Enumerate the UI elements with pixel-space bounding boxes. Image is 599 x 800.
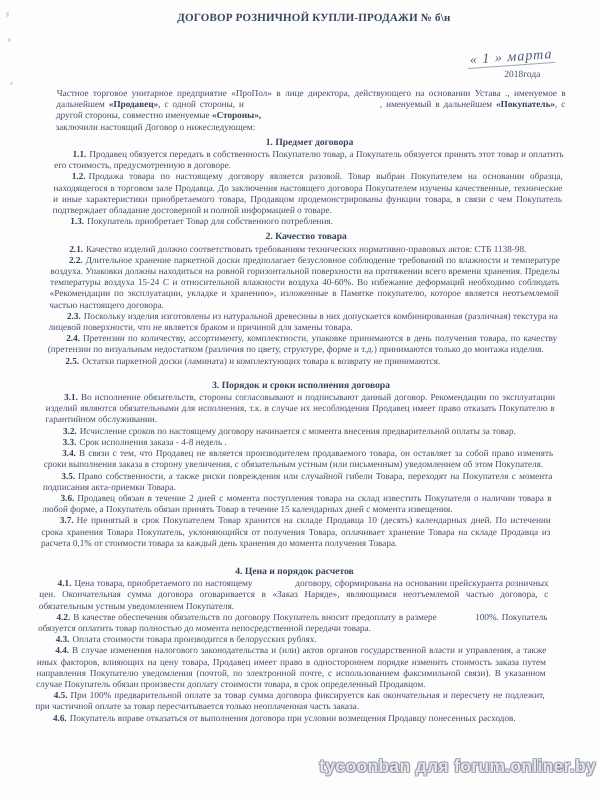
clause-text: Покупатель приобретает Товар для собстве…: [87, 216, 333, 226]
clause-number: 4.3.: [56, 634, 70, 644]
buyer-term: «Покупатель»: [496, 99, 555, 109]
clause-2-5: 2.5.Остатки паркетной доски (ламината) и…: [47, 356, 556, 367]
clause-1-3: 1.3.Покупатель приобретает Товар для соб…: [52, 216, 561, 227]
clause-number: 3.1.: [64, 392, 78, 402]
clause-4-2: 4.2.В качестве обеспечения обязательств …: [38, 612, 548, 634]
parties-term: «Стороны»,: [212, 110, 262, 120]
clause-3-4: 3.4.В связи с тем, что Продавец не являе…: [44, 448, 554, 470]
clause-4-4: 4.4.В случае изменения налогового законо…: [36, 645, 547, 690]
seller-term: «Продавец»: [109, 99, 159, 109]
clause-number: 3.4.: [62, 448, 76, 458]
clause-3-6: 3.6.Продавец обязан в течение 2 дней с м…: [42, 493, 552, 515]
clause-1-1: 1.1.Продавец обязуется передать в собств…: [54, 149, 564, 171]
clause-number: 1.3.: [70, 216, 84, 226]
clause-text: Во исполнение обязательств, стороны согл…: [45, 392, 555, 424]
clause-2-4: 2.4.Претензии по количеству, ассортимент…: [48, 333, 558, 355]
clause-text: Право собственности, а также риски повре…: [43, 471, 553, 492]
clause-number: 3.2.: [63, 426, 77, 436]
clause-number: 4.4.: [55, 645, 69, 655]
clause-number: 2.5.: [65, 356, 79, 366]
clause-3-2: 3.2.Исчисление сроков по настоящему дого…: [45, 426, 554, 437]
document-body: ДОГОВОР РОЗНИЧНОЙ КУПЛИ-ПРОДАЖИ № б\н « …: [0, 0, 599, 800]
section-heading-3: 3. Порядок и сроки исполнения договора: [46, 380, 555, 391]
clause-text: Продажа товара по настоящему договору яв…: [52, 171, 563, 215]
clause-3-7: 3.7.Не принятый в срок Покупателем Товар…: [41, 515, 551, 549]
clause-3-5: 3.5.Право собственности, а также риски п…: [43, 471, 553, 493]
clause-4-5: 4.5.При 100% предварительной оплате за т…: [35, 690, 545, 712]
preamble-text: , с одной стороны, и: [158, 99, 248, 109]
date-block: « 1 » марта 2018года: [57, 50, 567, 82]
section-heading-4: 4. Цена и порядок расчетов: [40, 566, 549, 577]
preamble-closing: заключили настоящий Договор о нижеследую…: [55, 122, 564, 133]
clause-number: 4.6.: [53, 713, 67, 723]
clause-number: 3.7.: [60, 515, 74, 525]
clause-3-1: 3.1.Во исполнение обязательств, стороны …: [45, 392, 555, 426]
clause-text: В связи с тем, что Продавец не является …: [44, 448, 554, 469]
preamble: Частное торговое унитарное предприятие «…: [56, 88, 566, 122]
clause-text: Исчисление сроков по настоящему договору…: [80, 426, 516, 436]
clause-number: 3.6.: [60, 493, 74, 503]
clause-2-3: 2.3.Поскольку изделия изготовлены из нат…: [48, 311, 558, 333]
clause-text: Качество изделий должно соответствовать …: [86, 244, 527, 254]
clause-number: 4.1.: [57, 578, 71, 588]
clause-4-3: 4.3.Оплата стоимости товара производится…: [37, 634, 546, 645]
clause-number: 2.4.: [66, 333, 80, 343]
clause-2-1: 2.1.Качество изделий должно соответствов…: [51, 244, 560, 255]
date-year: 2018года: [504, 70, 555, 80]
clause-text: Покупатель вправе отказаться от выполнен…: [70, 713, 516, 723]
section-heading-1: 1. Предмет договора: [55, 137, 564, 148]
clause-text: В случае изменения налогового законодате…: [36, 645, 547, 689]
clause-text: Не принятый в срок Покупателем Товар хра…: [41, 515, 551, 547]
clause-number: 2.3.: [67, 311, 81, 321]
clause-text: При 100% предварительной оплате за товар…: [35, 690, 545, 711]
clause-2-2: 2.2.Длительное хранение паркетной доски …: [49, 255, 560, 311]
clause-number: 1.1.: [72, 149, 86, 159]
clause-1-2: 1.2.Продажа товара по настоящему договор…: [52, 171, 563, 216]
document-title: ДОГОВОР РОЗНИЧНОЙ КУПЛИ-ПРОДАЖИ № б\н: [59, 12, 568, 24]
clause-4-6: 4.6.Покупатель вправе отказаться от выпо…: [35, 713, 544, 724]
handwritten-date: « 1 » марта: [468, 48, 555, 69]
clause-text: Продавец обязан в течение 2 дней с момен…: [42, 493, 552, 514]
clause-number: 2.1.: [69, 244, 83, 254]
preamble-text: , именуемый в дальнейшем: [376, 99, 497, 109]
clause-text: Срок исполнения заказа - 4-8 недель .: [79, 437, 227, 447]
clause-4-1: 4.1.Цена товара, приобретаемого по насто…: [39, 578, 549, 612]
clause-text: Остатки паркетной доски (ламината) и ком…: [82, 356, 440, 366]
clause-text: Поскольку изделия изготовлены из натурал…: [48, 311, 558, 332]
clause-3-3: 3.3.Срок исполнения заказа - 4-8 недель …: [44, 437, 553, 448]
clause-text: Длительное хранение паркетной доски пред…: [49, 255, 560, 310]
clause-number: 1.2.: [72, 171, 86, 181]
clause-text: Цена товара, приобретаемого по настоящем…: [39, 578, 549, 610]
scanned-contract-page: ДОГОВОР РОЗНИЧНОЙ КУПЛИ-ПРОДАЖИ № б\н « …: [0, 0, 599, 800]
section-heading-2: 2. Качество товара: [52, 231, 561, 242]
clause-number: 4.2.: [56, 612, 70, 622]
clause-text: Оплата стоимости товара производится в б…: [72, 634, 317, 644]
clause-number: 3.5.: [61, 471, 75, 481]
clause-text: Продавец обязуется передать в собственно…: [54, 149, 564, 170]
clause-text: Претензии по количеству, ассортименту, к…: [48, 333, 558, 354]
clause-number: 2.2.: [69, 255, 83, 265]
clause-text: В качестве обеспечения обязательств по д…: [38, 612, 548, 633]
clause-number: 4.5.: [54, 690, 68, 700]
forum-watermark: tycoonban для forum.onliner.by: [319, 756, 596, 777]
clause-number: 3.3.: [62, 437, 76, 447]
